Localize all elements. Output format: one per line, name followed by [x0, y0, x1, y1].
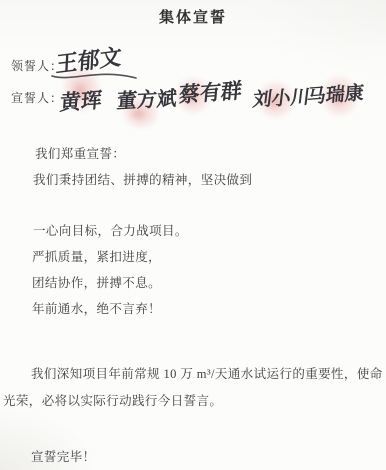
oath-document-page: 集体宣誓 领誓人： 王郁文 宣誓人： 黄珲 董方斌 蔡有群 刘小川 马瑞康 我们… — [0, 0, 386, 470]
swearer-signature-4: 刘小川 — [251, 82, 311, 112]
oath-line-4: 年前通水，绝不言弃！ — [32, 299, 161, 317]
oath-line-2: 严抓质量，紧扣进度， — [32, 247, 161, 265]
swearer-signature-1: 黄珲 — [59, 84, 103, 117]
closing-paragraph-line-2: 光荣，必将以实际行动践行今日誓言。 — [3, 391, 222, 409]
oath-line-3: 团结协作，拼搏不息。 — [32, 273, 161, 291]
closing-paragraph-line-1: 我们深知项目年前常规 10 万 m³/天通水试运行的重要性，使命 — [31, 364, 383, 382]
oath-end-line: 宣誓完毕！ — [31, 447, 96, 465]
swearers-label: 宣誓人： — [11, 89, 63, 106]
swearer-signature-2: 董方斌 — [116, 82, 178, 114]
swearer-signature-5: 马瑞康 — [306, 78, 365, 109]
oath-line-1: 一心向目标，合力战项目。 — [33, 221, 188, 239]
oath-opening-line-1: 我们郑重宣誓： — [35, 144, 125, 162]
signature-flourish-stroke — [50, 66, 140, 84]
oath-opening-line-2: 我们秉持团结、拼搏的精神，坚决做到 — [33, 170, 252, 188]
document-title: 集体宣誓 — [0, 6, 386, 27]
swearer-signature-3: 蔡有群 — [178, 74, 243, 109]
